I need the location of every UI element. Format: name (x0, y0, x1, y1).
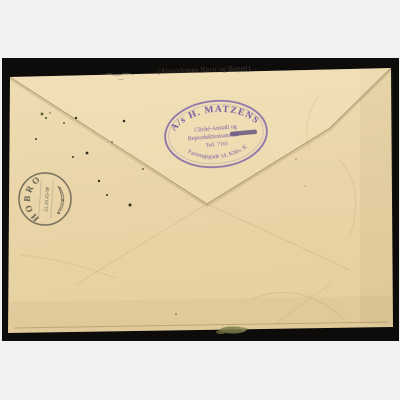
ink-smudge (230, 129, 257, 136)
postmark: HOBRO 21.10.43-9F (14, 168, 76, 230)
company-stamp: A/s H. MATZENS Cliché-Anstalt og Reprodu… (153, 88, 280, 180)
postmark-town: HOBRO (20, 172, 43, 224)
svg-text:HOBRO: HOBRO (20, 172, 43, 224)
stamp-phone-line: Telf. 7161 (205, 140, 228, 149)
postmark-date: 21.10.43-9F (44, 186, 52, 212)
